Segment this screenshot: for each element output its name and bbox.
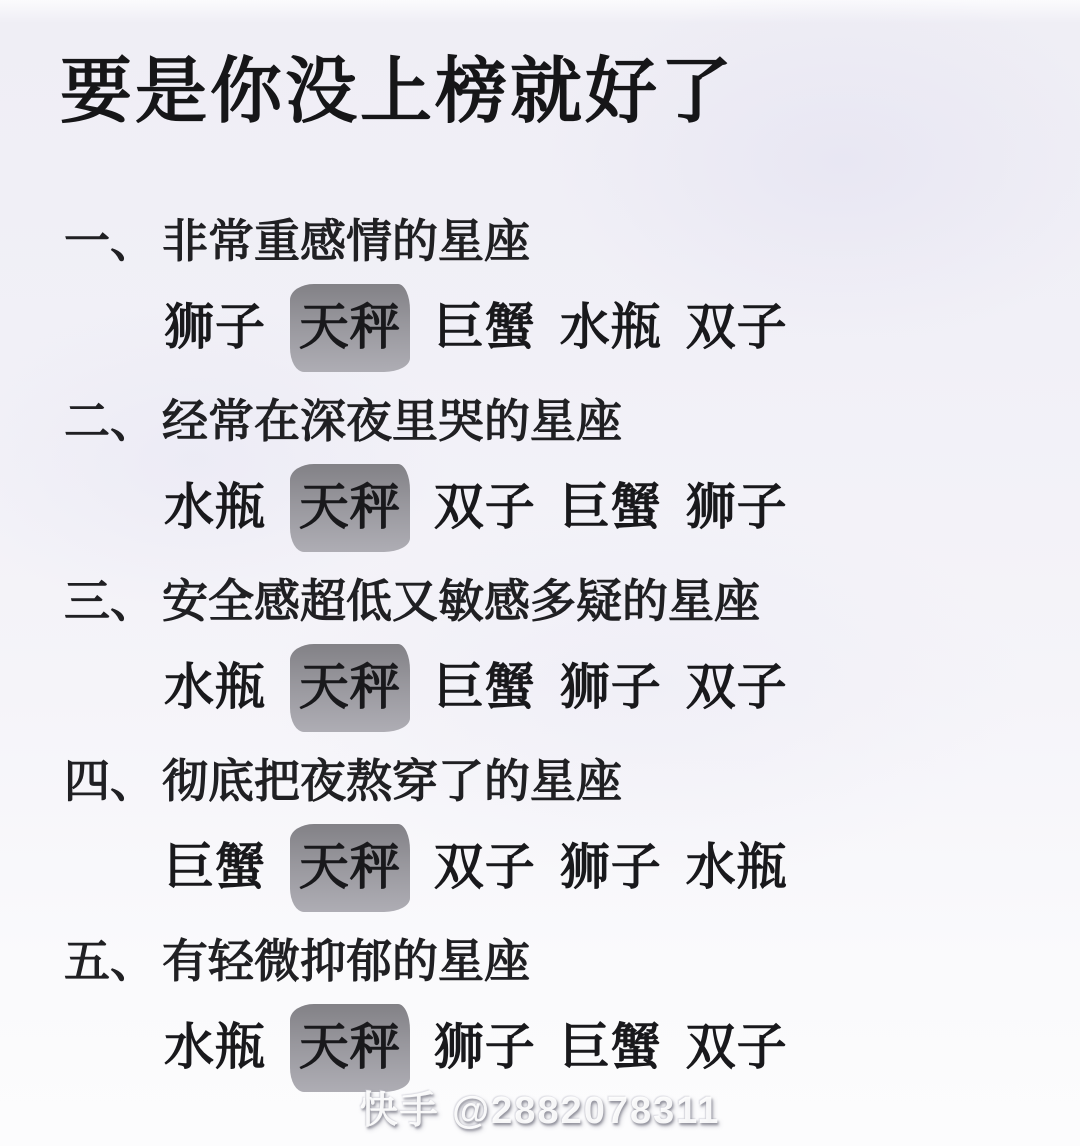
item-number: 二、 xyxy=(64,398,162,444)
item-heading-text: 彻底把夜熬穿了的星座 xyxy=(162,758,622,804)
item-number: 五、 xyxy=(64,938,162,984)
highlighted-sign: 天秤 xyxy=(290,464,410,552)
item-heading: 三、 安全感超低又敏感多疑的星座 xyxy=(0,578,1080,624)
watermark: 快手 @2882078311 xyxy=(0,1079,1080,1134)
item-number: 一、 xyxy=(64,218,162,264)
signs-before: 水瓶 xyxy=(164,1019,290,1075)
list-item: 四、 彻底把夜熬穿了的星座 巨蟹 天秤 双子 狮子 水瓶 xyxy=(0,758,1080,892)
signs-after: 巨蟹 狮子 双子 xyxy=(410,659,788,715)
item-number: 四、 xyxy=(64,758,162,804)
signs-after: 双子 狮子 水瓶 xyxy=(410,839,788,895)
item-heading: 四、 彻底把夜熬穿了的星座 xyxy=(0,758,1080,804)
list-item: 二、 经常在深夜里哭的星座 水瓶 天秤 双子 巨蟹 狮子 xyxy=(0,398,1080,532)
list-item: 五、 有轻微抑郁的星座 水瓶 天秤 狮子 巨蟹 双子 xyxy=(0,938,1080,1072)
item-heading: 一、 非常重感情的星座 xyxy=(0,218,1080,264)
list-item: 三、 安全感超低又敏感多疑的星座 水瓶 天秤 巨蟹 狮子 双子 xyxy=(0,578,1080,712)
signs-after: 狮子 巨蟹 双子 xyxy=(410,1019,788,1075)
signs-before: 水瓶 xyxy=(164,479,290,535)
item-signs: 水瓶 天秤 双子 巨蟹 狮子 xyxy=(0,482,1080,532)
item-heading: 五、 有轻微抑郁的星座 xyxy=(0,938,1080,984)
signs-before: 水瓶 xyxy=(164,659,290,715)
item-heading: 二、 经常在深夜里哭的星座 xyxy=(0,398,1080,444)
highlighted-sign: 天秤 xyxy=(290,824,410,912)
item-heading-text: 有轻微抑郁的星座 xyxy=(162,938,530,984)
signs-before: 巨蟹 xyxy=(164,839,290,895)
item-heading-text: 非常重感情的星座 xyxy=(162,218,530,264)
signs-after: 巨蟹 水瓶 双子 xyxy=(410,299,788,355)
highlighted-sign: 天秤 xyxy=(290,284,410,372)
item-heading-text: 安全感超低又敏感多疑的星座 xyxy=(162,578,760,624)
zodiac-list: 一、 非常重感情的星座 狮子 天秤 巨蟹 水瓶 双子 二、 经常在深夜里哭的星座… xyxy=(0,218,1080,1072)
item-signs: 巨蟹 天秤 双子 狮子 水瓶 xyxy=(0,842,1080,892)
item-number: 三、 xyxy=(64,578,162,624)
list-item: 一、 非常重感情的星座 狮子 天秤 巨蟹 水瓶 双子 xyxy=(0,218,1080,352)
item-signs: 水瓶 天秤 狮子 巨蟹 双子 xyxy=(0,1022,1080,1072)
item-heading-text: 经常在深夜里哭的星座 xyxy=(162,398,622,444)
item-signs: 狮子 天秤 巨蟹 水瓶 双子 xyxy=(0,302,1080,352)
signs-before: 狮子 xyxy=(164,299,290,355)
item-signs: 水瓶 天秤 巨蟹 狮子 双子 xyxy=(0,662,1080,712)
signs-after: 双子 巨蟹 狮子 xyxy=(410,479,788,535)
highlighted-sign: 天秤 xyxy=(290,644,410,732)
page-title: 要是你没上榜就好了 xyxy=(0,0,1080,128)
meme-page: 要是你没上榜就好了 一、 非常重感情的星座 狮子 天秤 巨蟹 水瓶 双子 二、 … xyxy=(0,0,1080,1146)
